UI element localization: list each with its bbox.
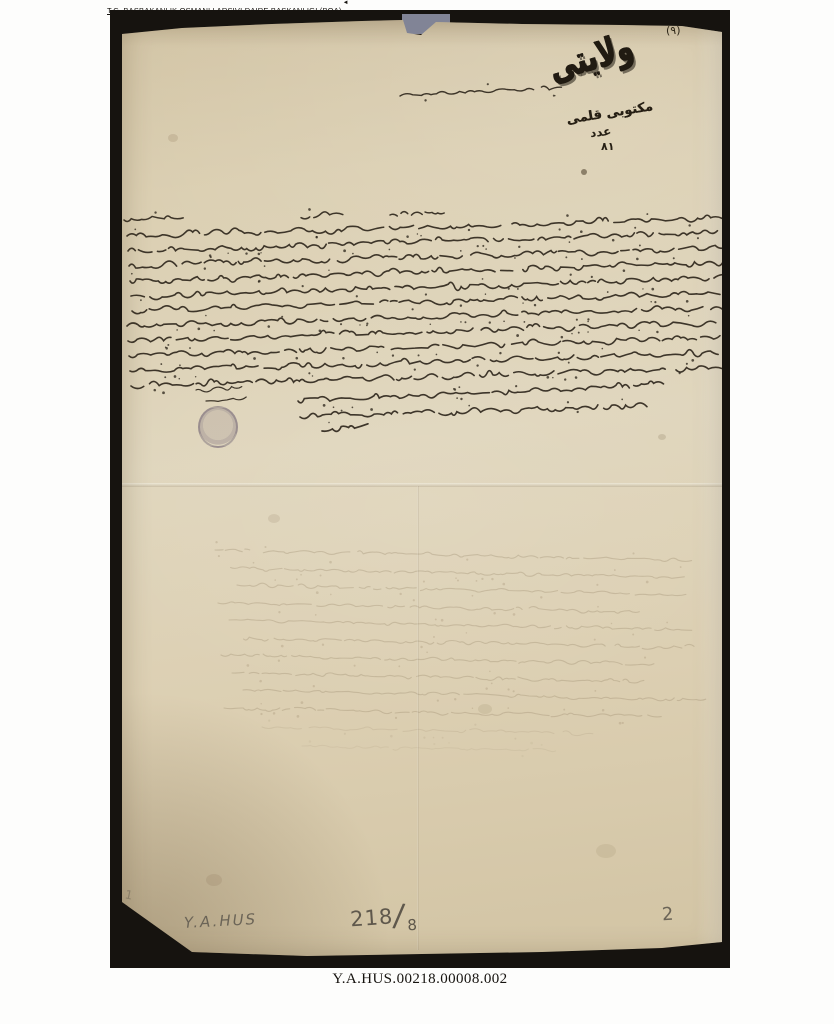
pencil-fond-code: Y.A.HUS (184, 910, 258, 932)
scanned-document-page: T.C. BASBAKANLIK OSMANLI ARSIVI DAIRE BA… (0, 0, 834, 1024)
pencil-file-number: 218/8 (349, 894, 418, 935)
stain (206, 874, 222, 886)
letterhead-calligraphy: ولايتى (513, 16, 669, 99)
letterhead-number-label: عدد (589, 124, 612, 140)
stain (478, 704, 492, 714)
pencil-file-main: 218 (349, 904, 394, 931)
fold-crease-vertical (417, 486, 419, 950)
document-paper: (٩) ولايتى مكتوبى قلمى عدد ٨١ 1 Y.A.HUS … (122, 18, 722, 956)
pencil-file-separator: / (392, 897, 407, 934)
pencil-tick-mark: 1 (124, 887, 134, 902)
stain (581, 169, 587, 175)
letterhead-number-value: ٨١ (601, 140, 614, 153)
corner-page-number: (٩) (666, 24, 681, 37)
fold-crease-horizontal (122, 483, 722, 487)
stain (596, 844, 616, 858)
stain (658, 434, 666, 440)
stain (268, 514, 280, 523)
pencil-page-number: 2 (661, 904, 674, 926)
official-seal (198, 406, 238, 448)
scan-frame: (٩) ولايتى مكتوبى قلمى عدد ٨١ 1 Y.A.HUS … (110, 10, 730, 968)
reference-caption: Y.A.HUS.00218.00008.002 (110, 971, 730, 988)
label-marker-icon: ◄ (343, 0, 349, 6)
pencil-item-number: 8 (407, 916, 419, 935)
handwriting-layer (122, 18, 722, 956)
stain (168, 134, 178, 142)
